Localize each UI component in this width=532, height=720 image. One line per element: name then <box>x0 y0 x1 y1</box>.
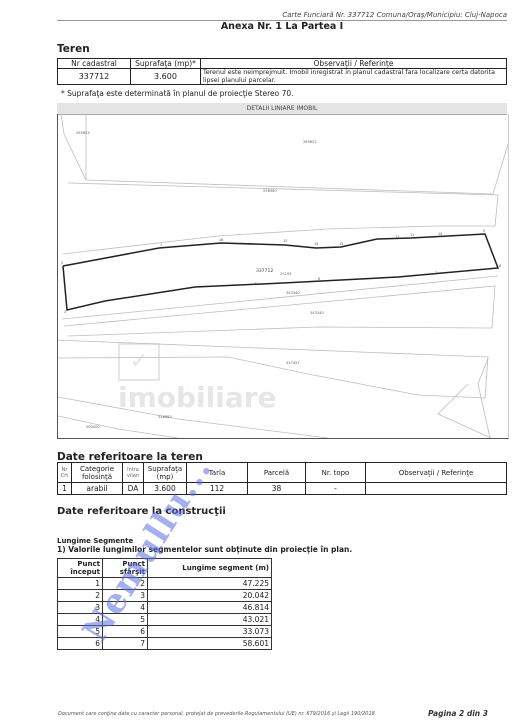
date-constructii-section-title: Date referitoare la construcţii <box>57 506 226 517</box>
col-categorie: Categorie folosinţă <box>72 463 123 483</box>
page-number: Pagina 2 din 3 <box>428 709 488 718</box>
table-row: 4543.021 <box>58 614 272 626</box>
parcel-label-337457: 337457 <box>286 361 300 365</box>
col-nr-topo: Nr. topo <box>306 463 366 483</box>
table-row: 5633.073 <box>58 626 272 638</box>
suprafata-teren-value: 3.600 <box>144 483 187 495</box>
segmente-table: Punct început Punct sfârşit Lungime segm… <box>57 558 272 650</box>
vertex-label: 2 <box>61 261 63 265</box>
table-row: 2320.042 <box>58 590 272 602</box>
observatii-value: Terenul este neimprejmuit. Imobil inregi… <box>201 69 507 85</box>
segment-length: 33.073 <box>148 626 272 638</box>
suprafata-note: * Suprafaţa este determinată în planul d… <box>61 89 294 98</box>
table-row: 1 arabil DA 3.600 112 38 - <box>58 483 507 495</box>
carte-funciara-header: Carte Funciară Nr. 337712 Comuna/Oraş/Mu… <box>57 11 507 19</box>
nr-topo-value: - <box>306 483 366 495</box>
intravilan-value: DA <box>123 483 144 495</box>
col-nr-cadastral: Nr cadastral <box>58 59 131 69</box>
vertex-label: 4 <box>171 289 173 293</box>
col-intravilan: Intra vilan <box>123 463 144 483</box>
date-teren-table: Nr Crt Categorie folosinţă Intra vilan S… <box>57 462 507 495</box>
annex-title: Anexa Nr. 1 La Partea I <box>57 21 507 32</box>
observatii-teren-value <box>366 483 507 495</box>
segment-end: 7 <box>103 638 148 650</box>
col-parcela: Parcelă <box>248 463 306 483</box>
teren-table: Nr cadastral Suprafaţa (mp)* Observaţii … <box>57 58 507 85</box>
parcel-label-343340-a: 343340 <box>286 291 300 295</box>
segment-start: 4 <box>58 614 103 626</box>
table-row: 6758.601 <box>58 638 272 650</box>
vertex-label: 15 <box>283 239 287 243</box>
vertex-label: 13 <box>339 242 343 246</box>
cadastral-plan: 289853 289852 298960 337712 29193 343340… <box>57 114 509 439</box>
segment-length: 43.021 <box>148 614 272 626</box>
segment-end: 6 <box>103 626 148 638</box>
segment-length: 47.225 <box>148 578 272 590</box>
vertex-label: 3 <box>64 310 66 314</box>
vertex-label: 14 <box>314 242 318 246</box>
segment-start: 1 <box>58 578 103 590</box>
table-row: 337712 3.600 Terenul este neimprejmuit. … <box>58 69 507 85</box>
segment-length: 46.814 <box>148 602 272 614</box>
col-observatii: Observaţii / Referinţe <box>201 59 507 69</box>
nr-cadastral-value: 337712 <box>58 69 131 85</box>
segment-start: 3 <box>58 602 103 614</box>
vertex-label: 12 <box>395 235 399 239</box>
plan-drawing: 289853 289852 298960 337712 29193 343340… <box>58 114 508 438</box>
nr-crt-value: 1 <box>58 483 72 495</box>
parcel-label-289852: 289852 <box>303 140 317 144</box>
vertex-label: 6 <box>318 277 320 281</box>
col-observatii-teren: Observaţii / Referinţe <box>366 463 507 483</box>
segment-start: 2 <box>58 590 103 602</box>
parcel-label-main: 337712 <box>256 268 273 274</box>
segmente-title: Lungime Segmente <box>57 537 133 545</box>
parcel-label-289853: 289853 <box>76 131 90 135</box>
vertex-label: 9 <box>483 229 485 233</box>
categorie-value: arabil <box>72 483 123 495</box>
col-suprafata: Suprafaţa (mp)* <box>131 59 201 69</box>
teren-section-title: Teren <box>57 43 90 55</box>
parcel-label-343340-b: 343340 <box>310 311 324 315</box>
vertex-label: 5 <box>255 282 257 286</box>
parcel-label-main-sub: 29193 <box>280 272 291 276</box>
col-suprafata-teren: Suprafaţa (mp) <box>144 463 187 483</box>
col-punct-inceput: Punct început <box>58 559 103 578</box>
suprafata-value: 3.600 <box>131 69 201 85</box>
segment-end: 2 <box>103 578 148 590</box>
vertex-label: 16 <box>219 238 223 242</box>
parcel-label-326883: 326883 <box>158 415 172 419</box>
vertex-label: 10 <box>438 232 442 236</box>
segment-end: 4 <box>103 602 148 614</box>
segment-start: 5 <box>58 626 103 638</box>
vertex-label: 8 <box>499 264 501 268</box>
footer-disclaimer: Document care conţine date cu caracter p… <box>58 711 375 717</box>
segment-end: 3 <box>103 590 148 602</box>
segmente-subtitle: 1) Valorile lungimilor segmentelor sunt … <box>57 545 352 554</box>
col-tarla: Tarla <box>187 463 248 483</box>
segment-start: 6 <box>58 638 103 650</box>
segment-length: 20.042 <box>148 590 272 602</box>
col-lungime: Lungime segment (m) <box>148 559 272 578</box>
vertex-label: 11 <box>410 233 414 237</box>
segment-length: 58.601 <box>148 638 272 650</box>
table-row: 1247.225 <box>58 578 272 590</box>
table-row: 3446.814 <box>58 602 272 614</box>
vertex-label: 1 <box>160 243 162 247</box>
parcela-value: 38 <box>248 483 306 495</box>
col-punct-sfarsit: Punct sfârşit <box>103 559 148 578</box>
segment-end: 5 <box>103 614 148 626</box>
tarla-value: 112 <box>187 483 248 495</box>
parcel-label-298960: 298960 <box>263 189 277 193</box>
vertex-label: 7 <box>435 271 437 275</box>
parcel-label-000000: 000000 <box>86 425 100 429</box>
col-nr-crt: Nr Crt <box>58 463 72 483</box>
